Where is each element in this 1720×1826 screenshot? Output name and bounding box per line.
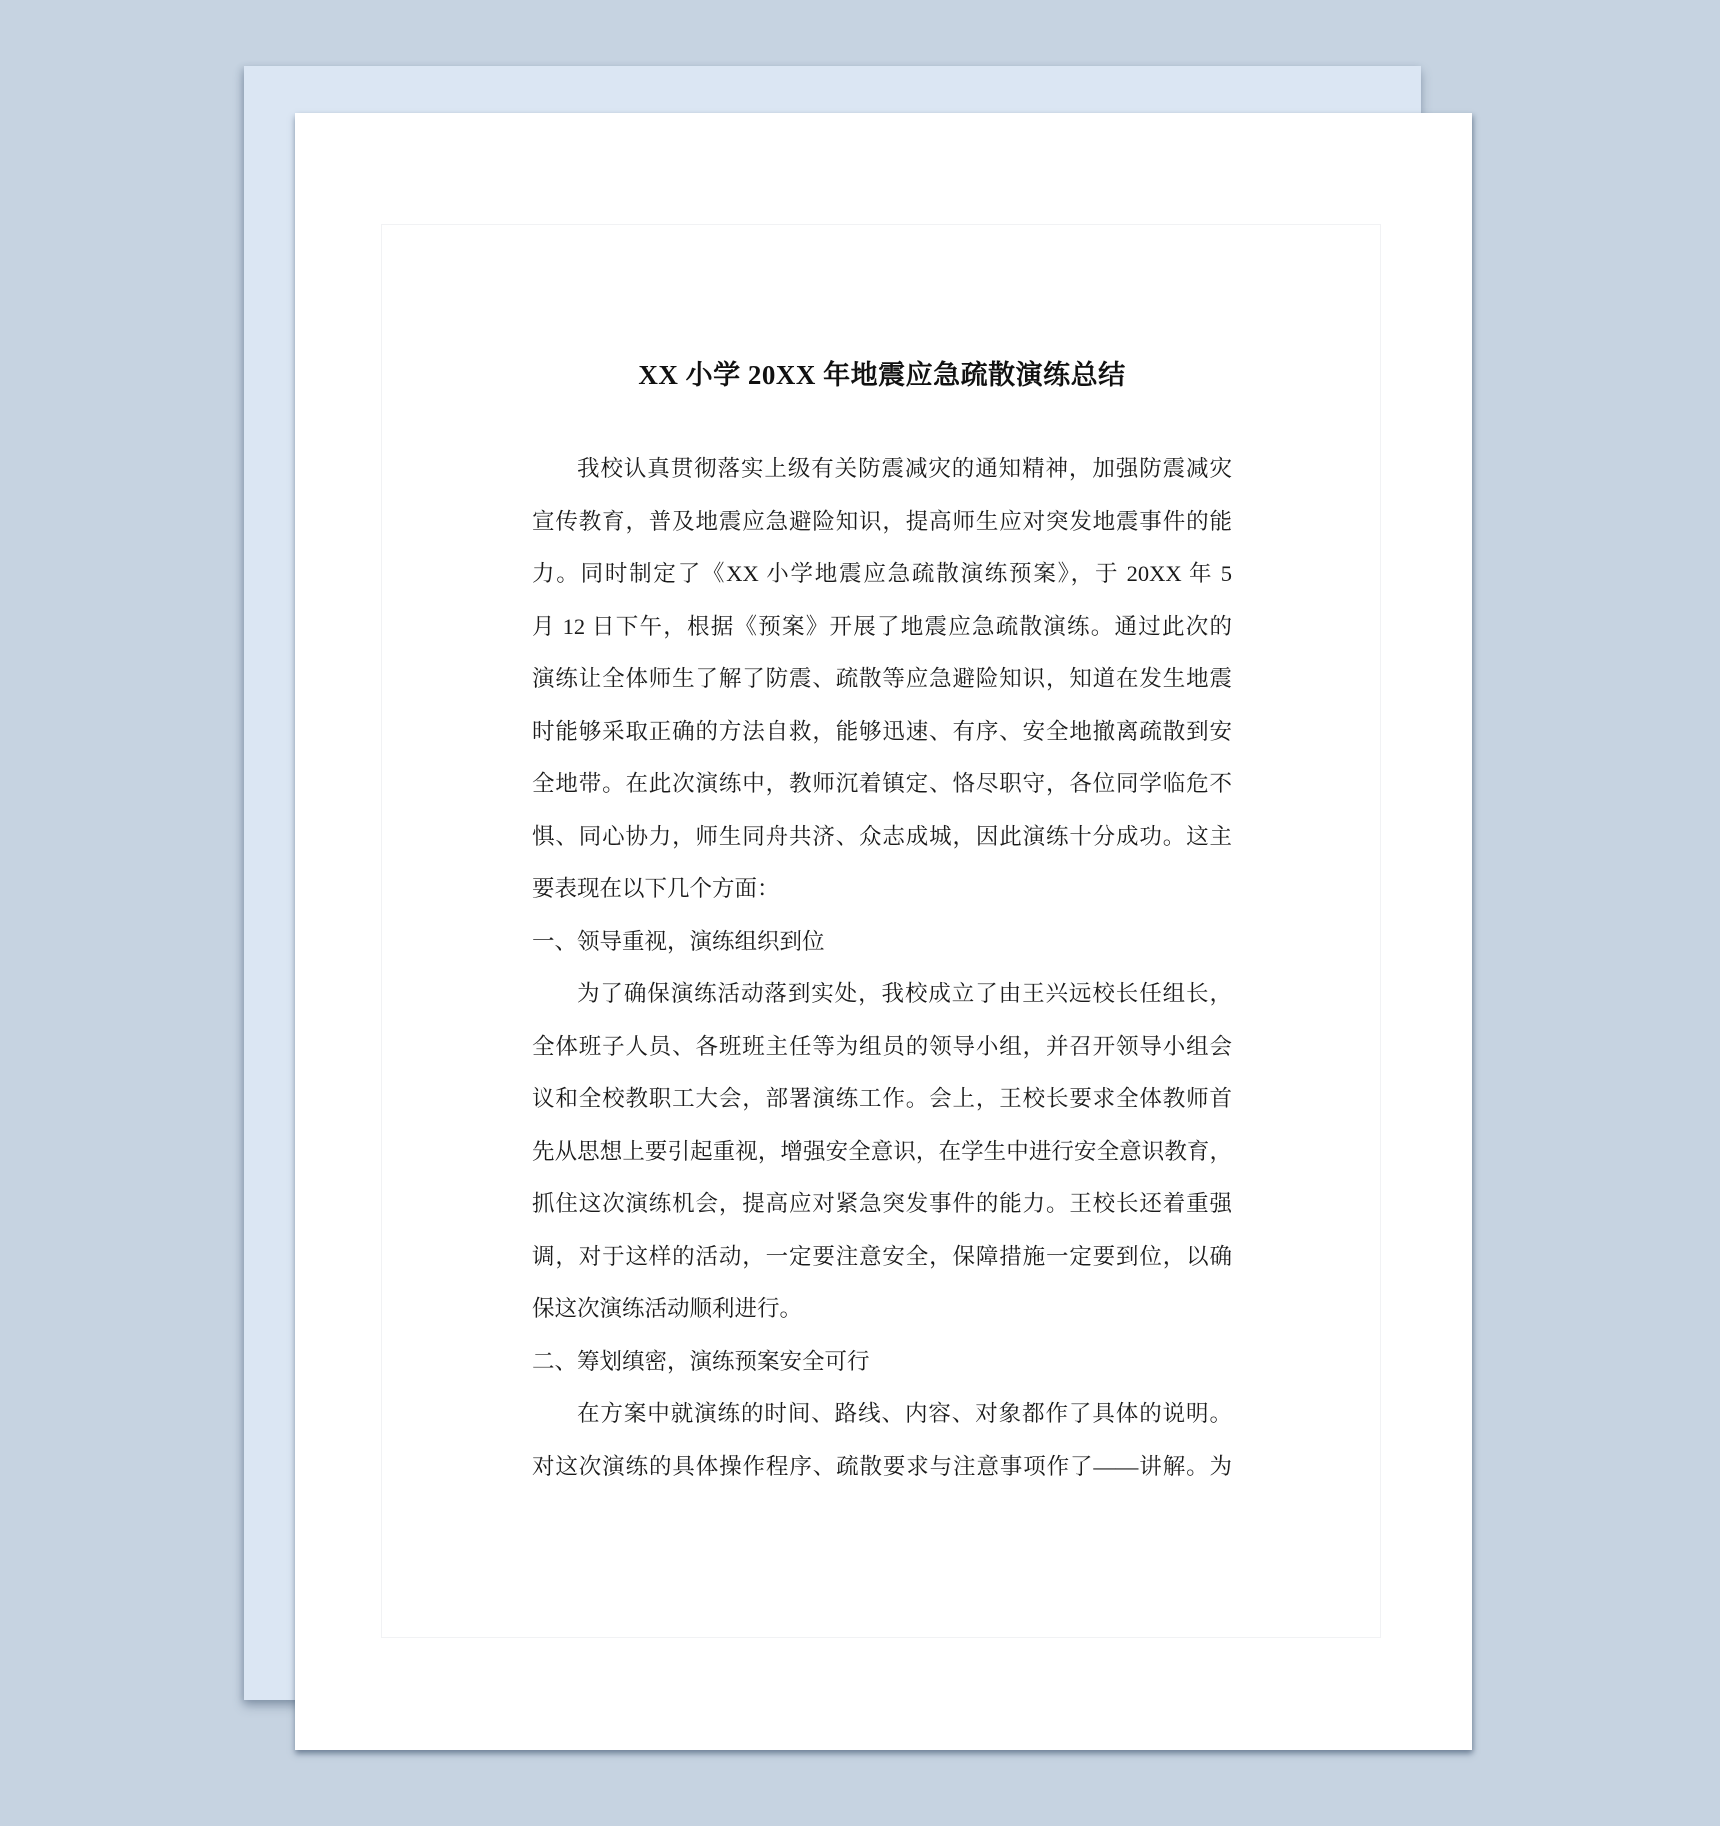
section-heading-2: 二、筹划缜密，演练预案安全可行 [532,1336,1232,1389]
document-page: XX 小学 20XX 年地震应急疏散演练总结 我校认真贯彻落实上级有关防震减灾的… [295,113,1472,1750]
body-line: 演练让全体师生了解了防震、疏散等应急避险知识，知道在发生地震 [532,653,1232,706]
body-line: 月 12 日下午，根据《预案》开展了地震应急疏散演练。通过此次的 [532,601,1232,654]
body-line: 力。同时制定了《XX 小学地震应急疏散演练预案》，于 20XX 年 5 [532,548,1232,601]
section-heading-1: 一、领导重视，演练组织到位 [532,916,1232,969]
document-title: XX 小学 20XX 年地震应急疏散演练总结 [532,353,1232,392]
body-line: 在方案中就演练的时间、路线、内容、对象都作了具体的说明。 [532,1388,1232,1441]
body-line: 抓住这次演练机会，提高应对紧急突发事件的能力。王校长还着重强 [532,1178,1232,1231]
document-body: 我校认真贯彻落实上级有关防震减灾的通知精神，加强防震减灾 宣传教育，普及地震应急… [532,443,1232,1493]
body-line: 全地带。在此次演练中，教师沉着镇定、恪尽职守，各位同学临危不 [532,758,1232,811]
body-line: 我校认真贯彻落实上级有关防震减灾的通知精神，加强防震减灾 [532,443,1232,496]
body-line: 调，对于这样的活动，一定要注意安全，保障措施一定要到位，以确 [532,1231,1232,1284]
body-line: 保这次演练活动顺利进行。 [532,1283,1232,1336]
body-line: 宣传教育，普及地震应急避险知识，提高师生应对突发地震事件的能 [532,496,1232,549]
body-line: 时能够采取正确的方法自救，能够迅速、有序、安全地撤离疏散到安 [532,706,1232,759]
body-line: 全体班子人员、各班班主任等为组员的领导小组，并召开领导小组会 [532,1021,1232,1074]
body-line: 议和全校教职工大会，部署演练工作。会上，王校长要求全体教师首 [532,1073,1232,1126]
body-line: 为了确保演练活动落到实处，我校成立了由王兴远校长任组长， [532,968,1232,1021]
body-line: 惧、同心协力，师生同舟共济、众志成城，因此演练十分成功。这主 [532,811,1232,864]
body-line: 对这次演练的具体操作程序、疏散要求与注意事项作了——讲解。为 [532,1441,1232,1494]
body-line: 要表现在以下几个方面： [532,863,1232,916]
body-line: 先从思想上要引起重视，增强安全意识，在学生中进行安全意识教育， [532,1126,1232,1179]
